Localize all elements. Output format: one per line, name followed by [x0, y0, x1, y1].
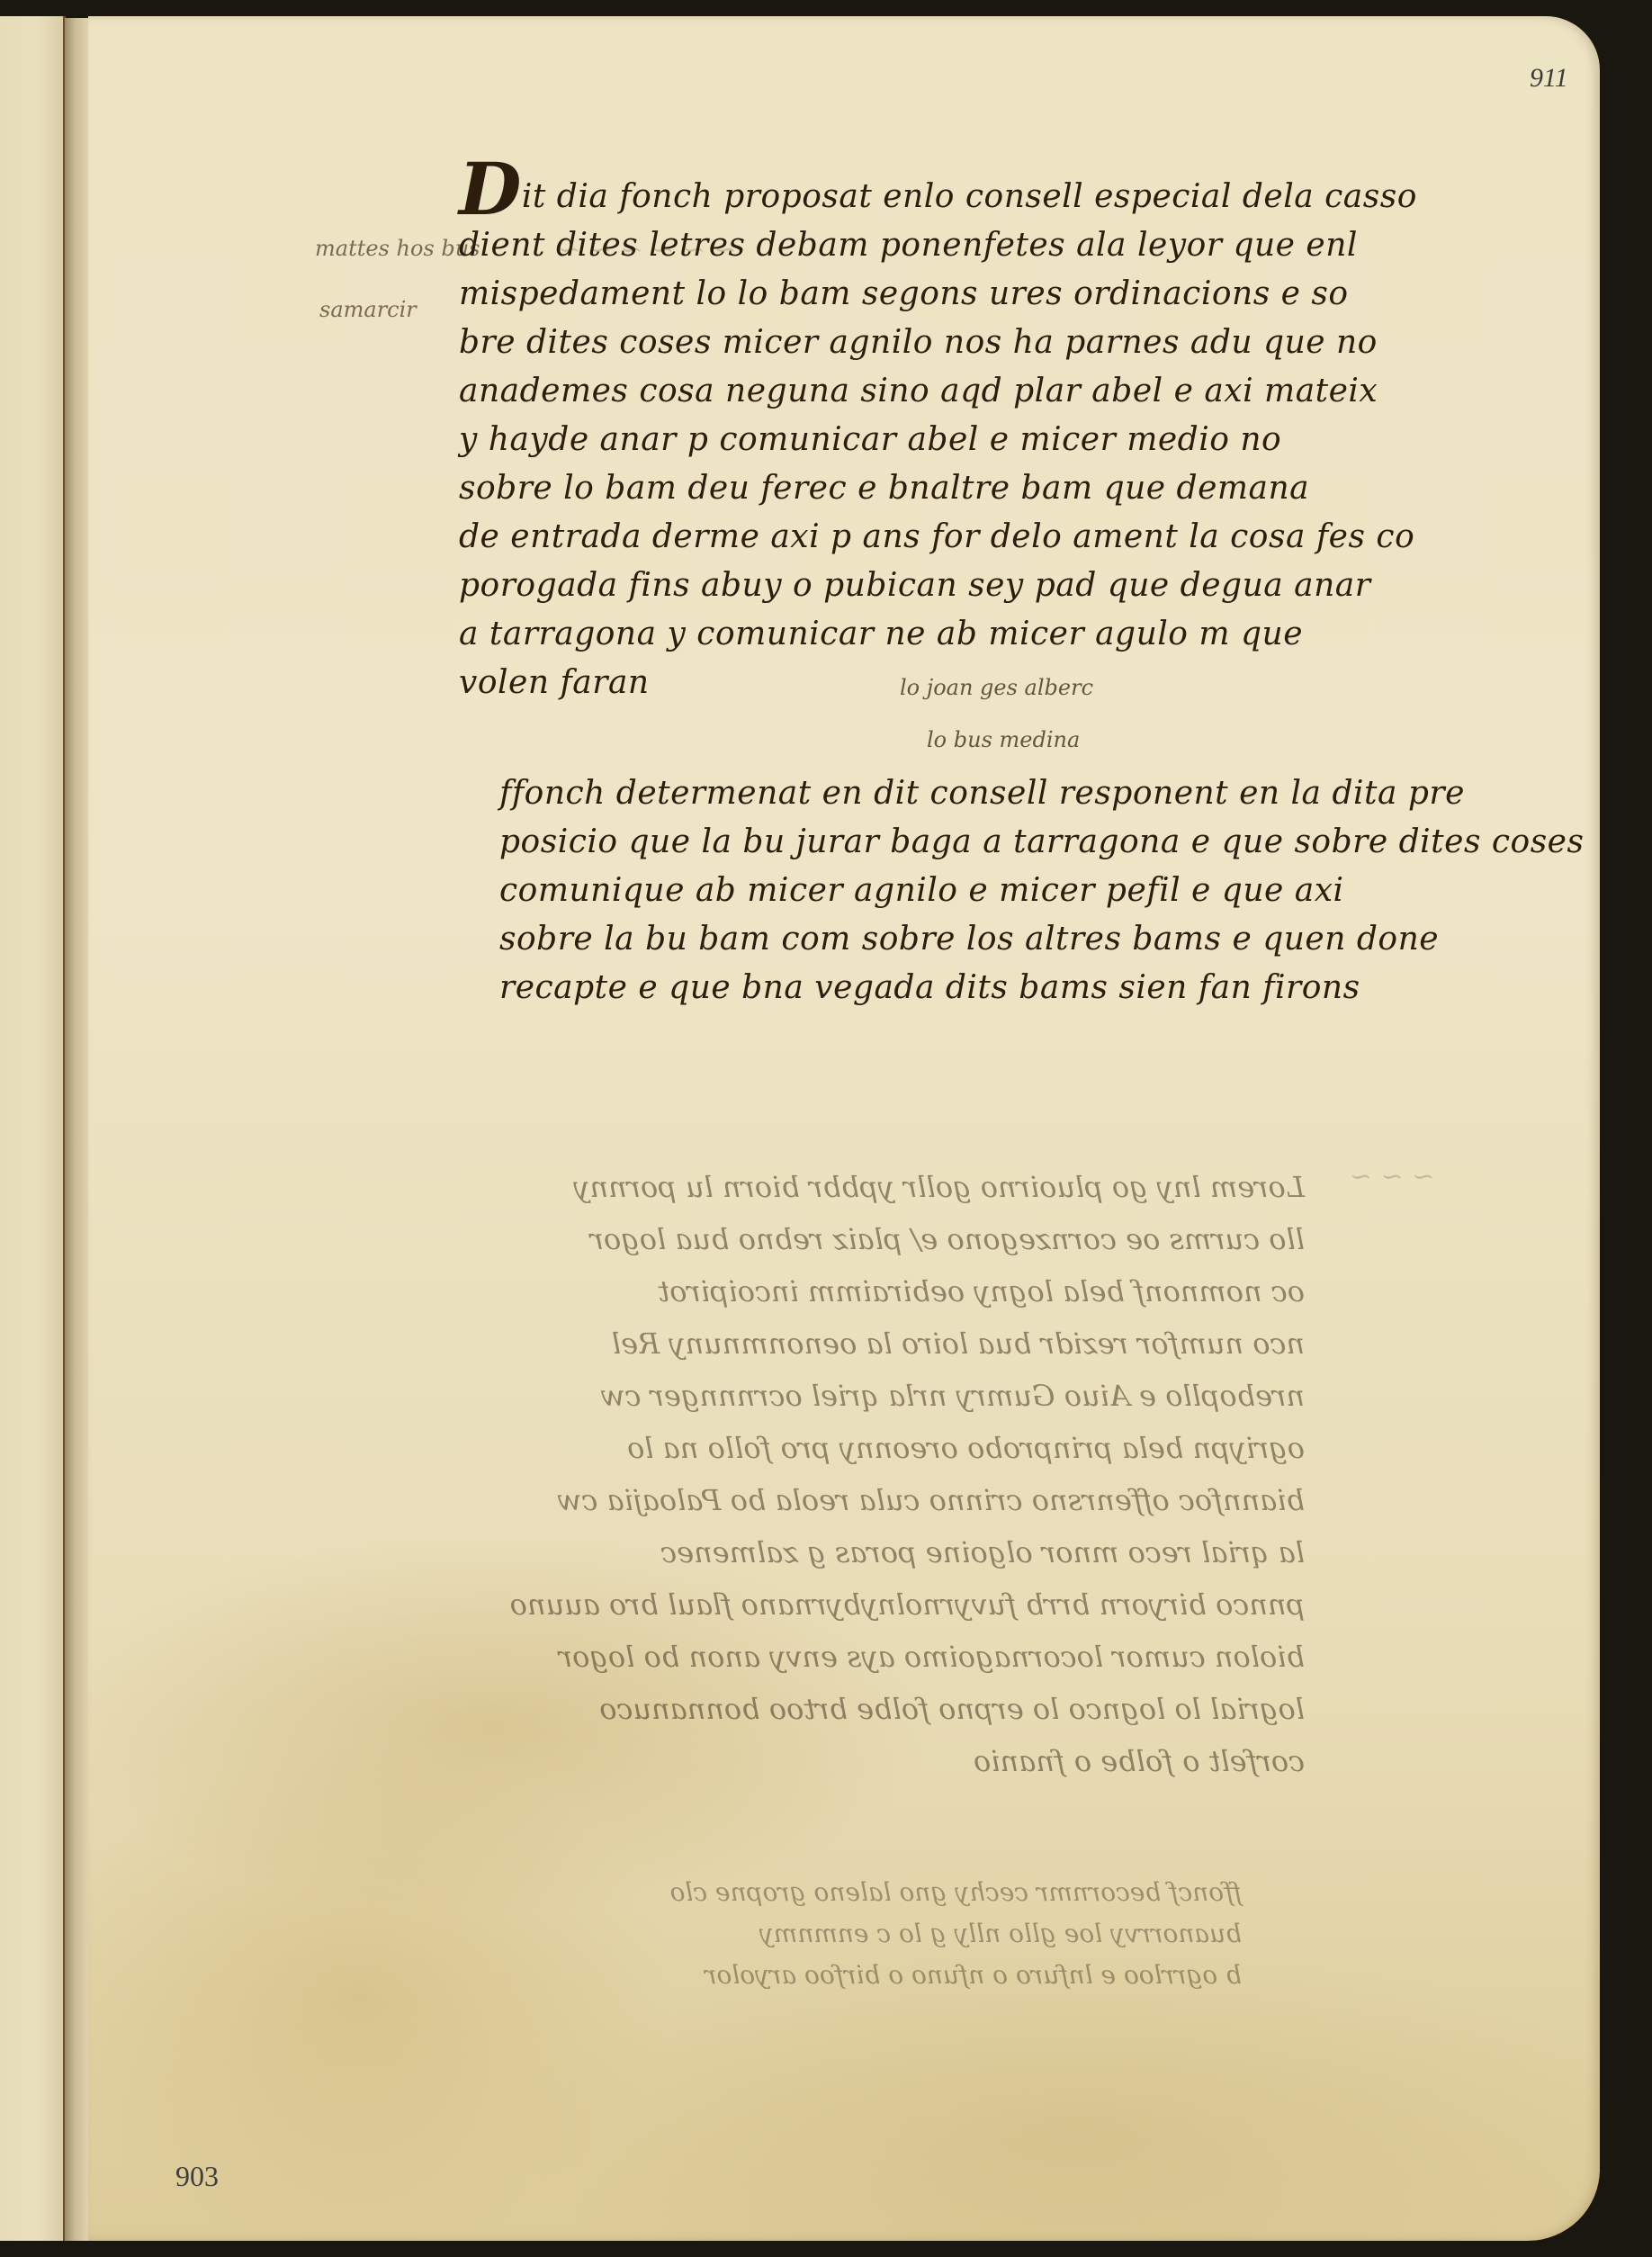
bleed-through-text: Lorem lny go pluoirno gollr ypbbr biorn … [243, 1161, 1305, 1787]
text-line: comunique ab micer agnilo e micer pefil … [499, 867, 1534, 915]
facing-page-edge [0, 16, 66, 2241]
margin-note: mattes hos bus [315, 236, 480, 261]
text-line: bre dites coses micer agnilo nos ha parn… [459, 319, 1494, 367]
text-line: de entrada derme axi p ans for delo amen… [459, 513, 1494, 562]
folio-number-bottom: 903 [175, 2160, 219, 2193]
bleed-fragment: ~ ~ ~ [1350, 1161, 1434, 1192]
text-line: Dit dia fonch proposat enlo consell espe… [459, 162, 1494, 221]
witness-signature: lo joan ges alberc [900, 675, 1093, 700]
bleed-through-text: ffoncf becornmr cechy gno laleno gropne … [288, 1872, 1242, 1996]
decorated-initial: D [459, 147, 522, 231]
text-line: y hayde anar p comunicar abel e micer me… [459, 416, 1494, 464]
text-line: sobre lo bam deu ferec e bnaltre bam que… [459, 464, 1494, 513]
text-line: a tarragona y comunicar ne ab micer agul… [459, 610, 1494, 659]
text-line: mispedament lo lo bam segons ures ordina… [459, 270, 1494, 319]
document-viewer: 911 ~ ~ ~ ~ ~ ~ ~ ~ ~ mattes hos bus sam… [0, 0, 1652, 2257]
text-line: dient dites letres debam ponenfetes ala … [459, 221, 1494, 270]
text-line: anademes cosa neguna sino aqd plar abel … [459, 367, 1494, 416]
text-line: sobre la bu bam com sobre los altres bam… [499, 915, 1534, 964]
folio-number-top: 911 [1530, 63, 1568, 94]
margin-note: samarcir [319, 297, 417, 322]
witness-signature: lo bus medina [927, 727, 1080, 752]
text-line: ffonch determenat en dit consell respone… [499, 769, 1534, 818]
text-line: recapte e que bna vegada dits bams sien … [499, 964, 1534, 1012]
book-gutter [65, 18, 90, 2241]
text-line: posicio que la bu jurar baga a tarragona… [499, 818, 1534, 867]
text-line: porogada fins abuy o pubican sey pad que… [459, 562, 1494, 610]
entry-paragraph-2: ffonch determenat en dit consell respone… [499, 769, 1534, 1012]
entry-paragraph-1: Dit dia fonch proposat enlo consell espe… [459, 162, 1494, 707]
